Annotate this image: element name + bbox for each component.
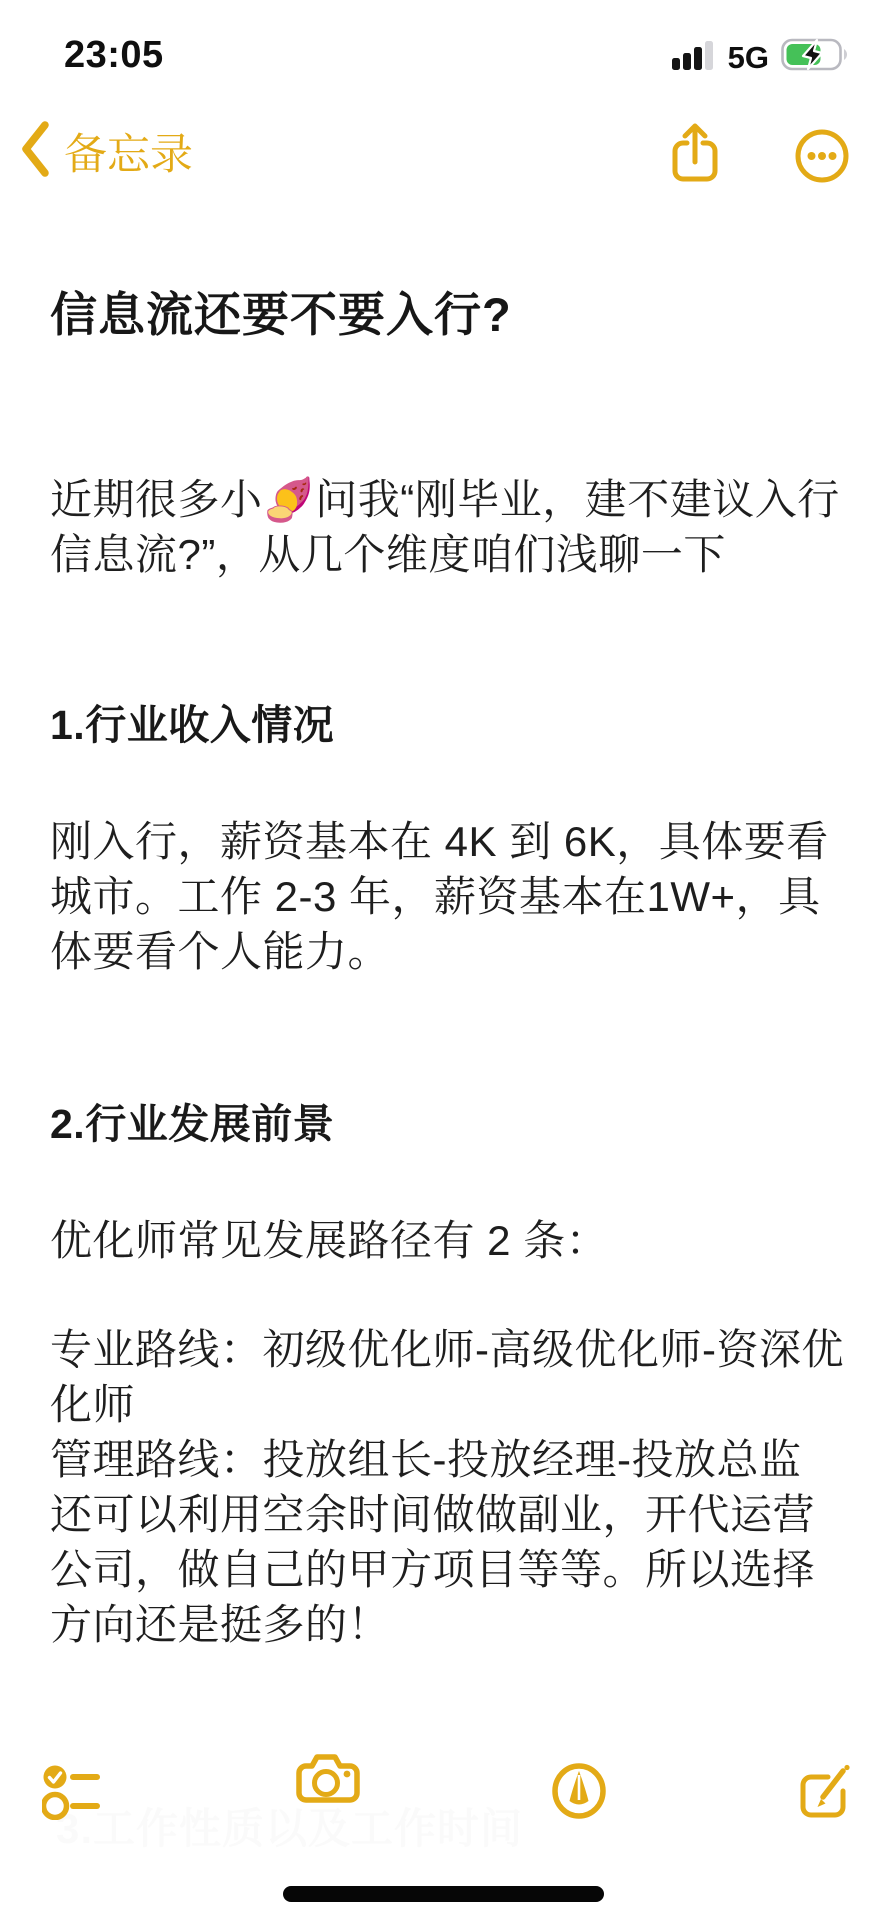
camera-icon <box>295 1750 361 1804</box>
note-line: 管理路线：投放组长-投放经理-投放总监 <box>50 1432 850 1487</box>
markup-icon <box>551 1762 607 1820</box>
home-indicator[interactable] <box>283 1886 604 1902</box>
note-paragraph: 近期很多小🍠问我“刚毕业，建不建议入行信息流?”，从几个维度咱们浅聊一下 <box>50 472 850 582</box>
markup-button[interactable] <box>551 1762 607 1825</box>
section-heading: 2.行业发展前景 <box>50 1099 850 1149</box>
note-title: 信息流还要不要入行? <box>50 286 850 344</box>
back-chevron-icon <box>20 120 50 183</box>
bottom-toolbar <box>0 1724 887 1864</box>
section-heading: 1.行业收入情况 <box>50 700 850 750</box>
compose-button[interactable] <box>797 1764 851 1825</box>
note-paragraph: 优化师常见发展路径有 2 条： <box>50 1213 850 1268</box>
compose-icon <box>797 1764 851 1820</box>
note-line: 专业路线：初级优化师-高级优化师-资深优化师 <box>50 1322 850 1432</box>
note-paragraph: 刚入行，薪资基本在 4K 到 6K，具体要看城市。工作 2-3 年，薪资基本在1… <box>50 814 850 979</box>
notes-app-screen: 23:05 5G 备忘录 <box>0 0 887 1920</box>
note-line: 还可以利用空余时间做做副业，开代运营公司，做自己的甲方项目等等。所以选择方向还是… <box>50 1487 850 1652</box>
camera-button[interactable] <box>295 1750 361 1809</box>
note-content[interactable]: 信息流还要不要入行? 近期很多小🍠问我“刚毕业，建不建议入行信息流?”，从几个维… <box>50 0 850 1652</box>
checklist-icon <box>42 1764 100 1820</box>
checklist-button[interactable] <box>42 1764 100 1825</box>
note-paragraph: 专业路线：初级优化师-高级优化师-资深优化师管理路线：投放组长-投放经理-投放总… <box>50 1322 850 1652</box>
